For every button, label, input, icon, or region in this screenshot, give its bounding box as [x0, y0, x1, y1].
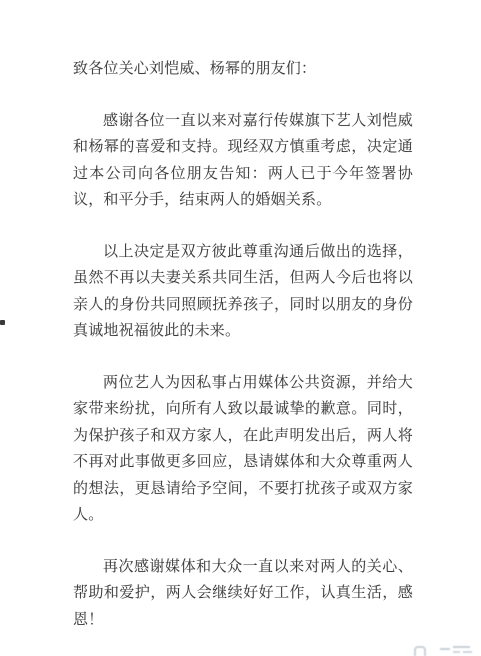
- statement-paragraph-3: 两位艺人为因私事占用媒体公共资源，并给大家带来纷扰，向所有人致以最诚挚的歉意。同…: [73, 370, 413, 529]
- statement-body: 致各位关心刘恺威、杨幂的朋友们： 感谢各位一直以来对嘉行传媒旗下艺人刘恺威和杨幂…: [73, 56, 413, 633]
- salutation-line: 致各位关心刘恺威、杨幂的朋友们：: [73, 56, 413, 83]
- statement-paragraph-4: 再次感谢媒体和大众一直以来对两人的关心、帮助和爱护，两人会继续好好工作，认真生活…: [73, 554, 413, 634]
- watermark-badge-icon: [414, 646, 426, 656]
- statement-paragraph-1: 感谢各位一直以来对嘉行传媒旗下艺人刘恺威和杨幂的喜爱和支持。现经双方慎重考虑，决…: [73, 108, 413, 214]
- statement-paragraph-2: 以上决定是双方彼此尊重沟通后做出的选择，虽然不再以夫妻关系共同生活，但两人今后也…: [73, 239, 413, 345]
- watermark-glyph-fragment: [440, 648, 450, 650]
- watermark-glyph-fragment: [463, 651, 472, 653]
- cutoff-watermark: [412, 645, 476, 656]
- watermark-glyph-fragment: [453, 651, 460, 653]
- watermark-glyph-fragment: [453, 646, 470, 648]
- edge-artifact-dot: [0, 320, 5, 325]
